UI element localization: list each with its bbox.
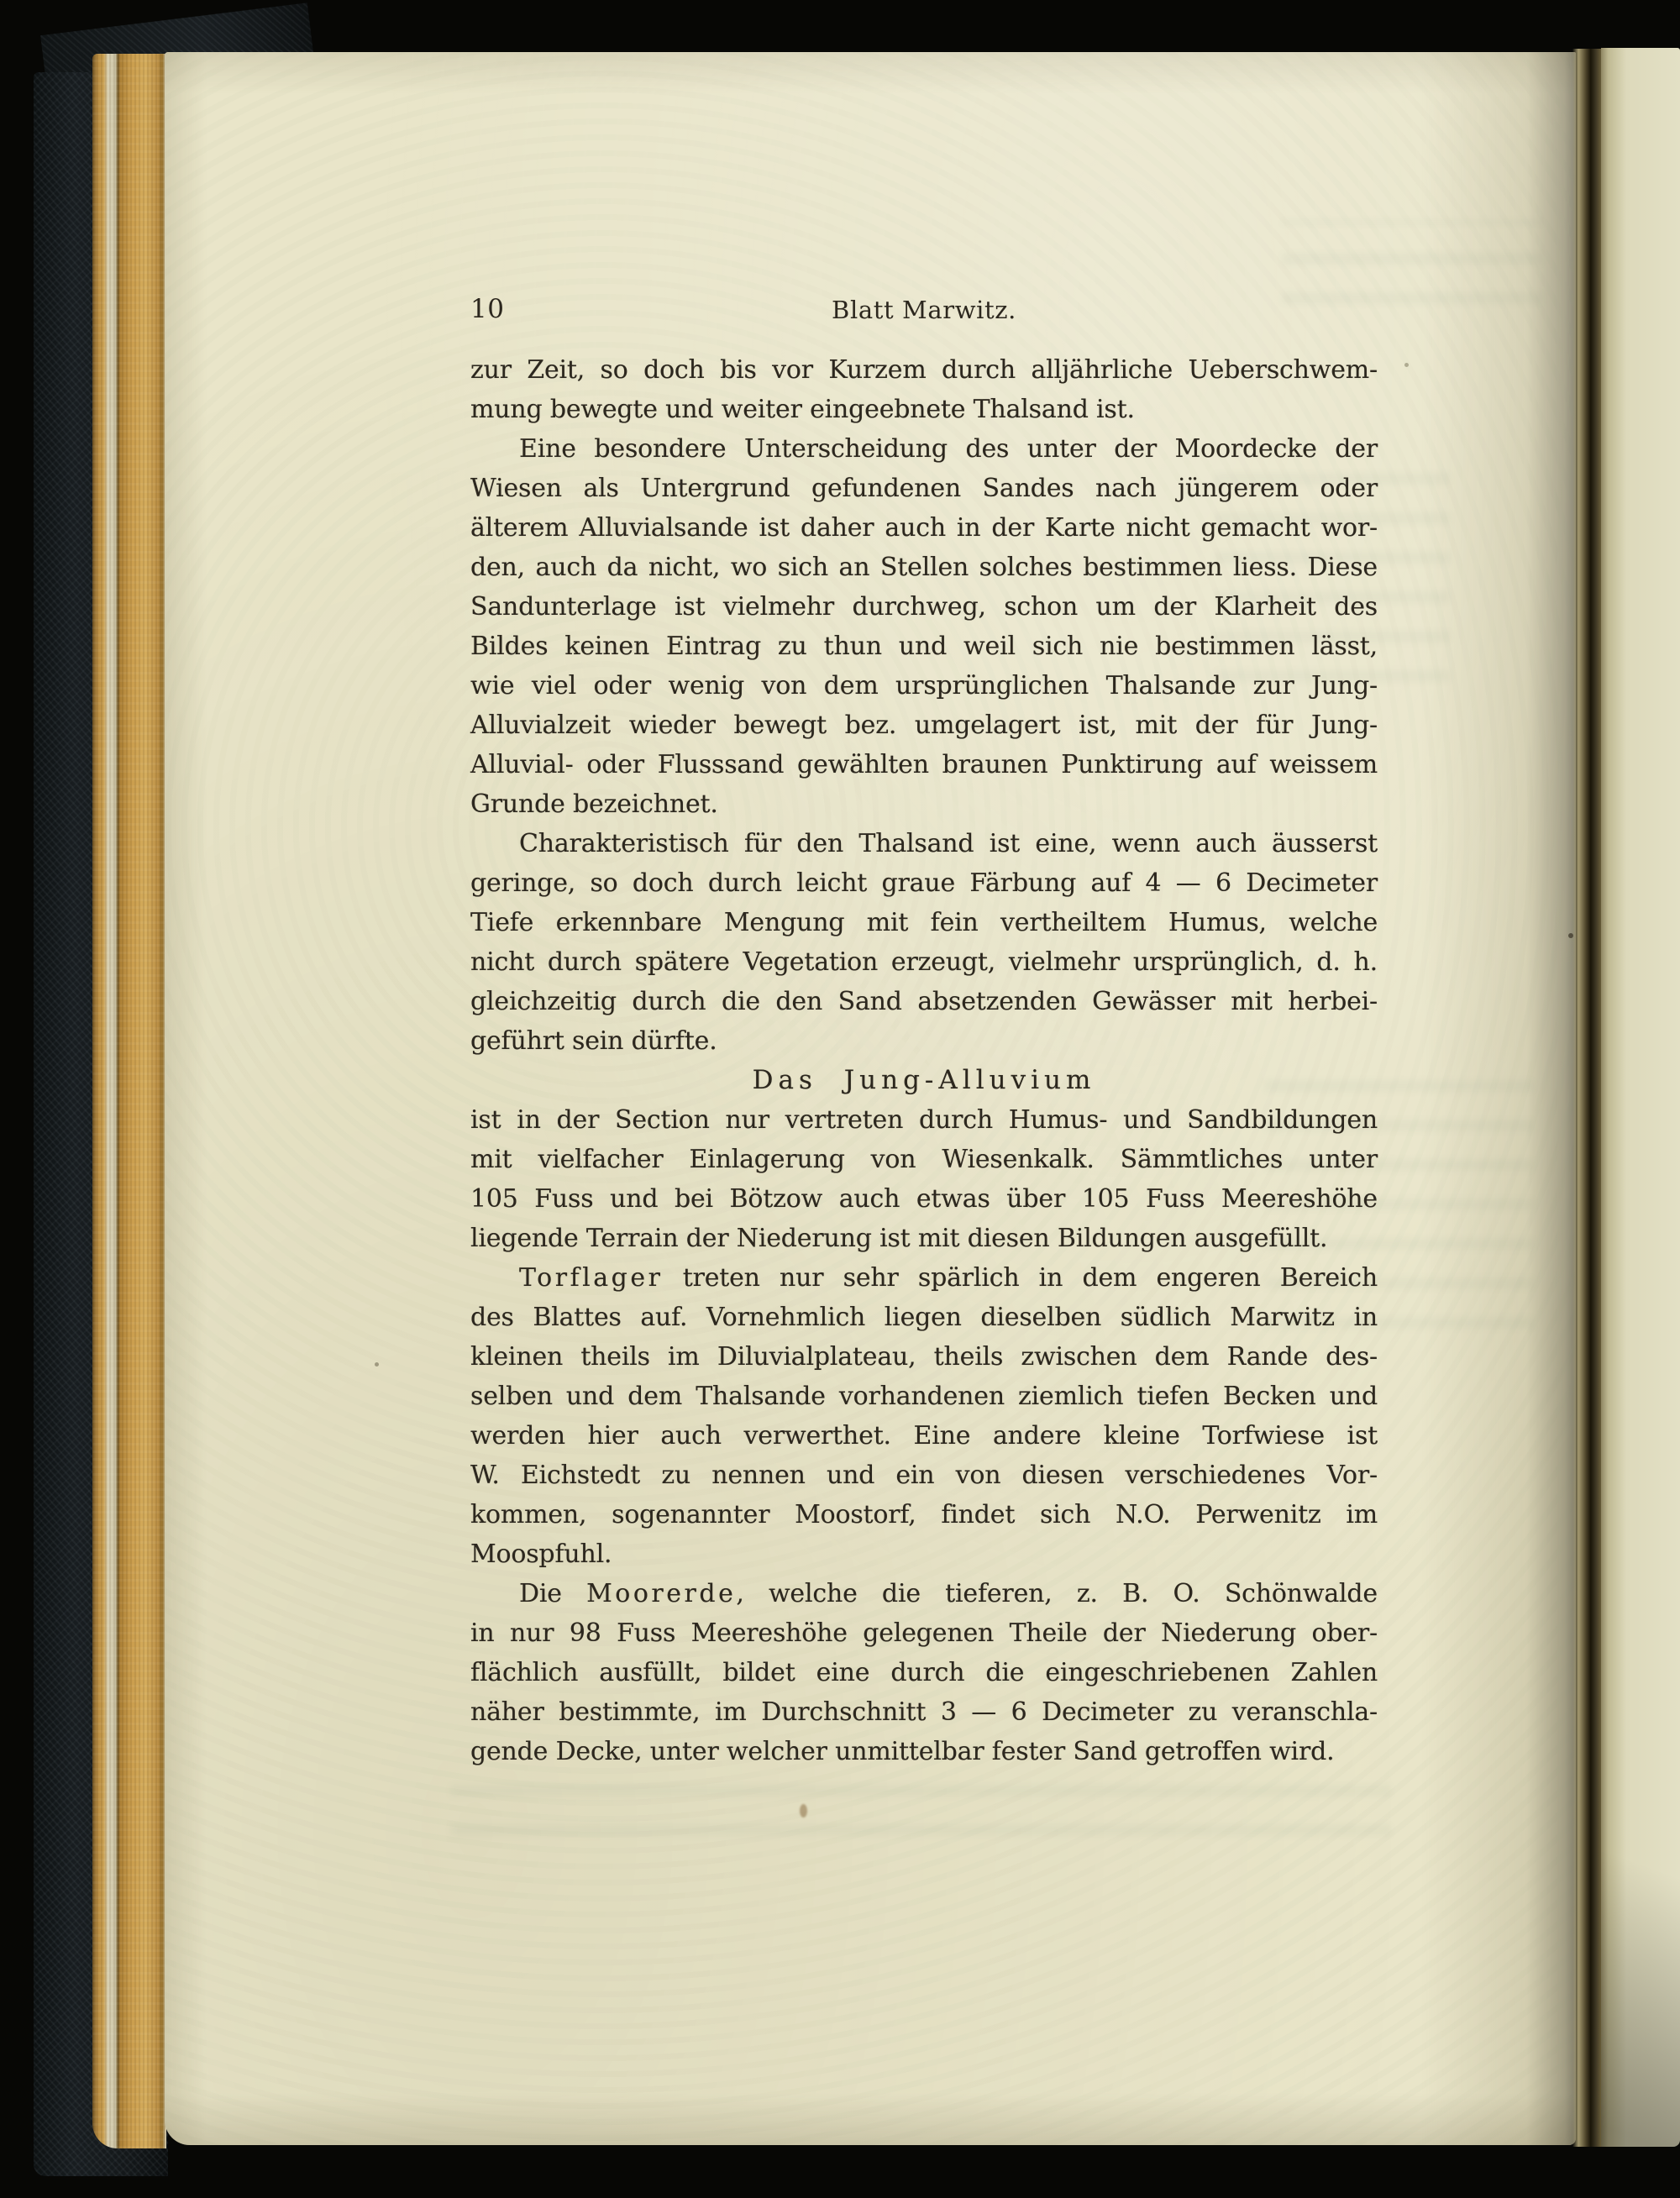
text-segment: liegende Terrain der Niederung ist mit d…	[470, 1224, 1327, 1253]
text-segment: in nur 98 Fuss Meereshöhe gelegenen Thei…	[470, 1618, 1378, 1648]
text-segment: Die	[519, 1579, 586, 1608]
text-segment: kommen, sogenannter Moostorf, findet sic…	[470, 1500, 1378, 1529]
text-segment: wie viel oder wenig von dem ursprünglich…	[470, 671, 1378, 700]
text-line: Alluvialzeit wieder bewegt bez. umgelage…	[470, 706, 1378, 745]
text-segment: geringe, so doch durch leicht graue Färb…	[470, 868, 1378, 898]
emphasized-term: Moorerde	[586, 1579, 736, 1608]
text-line: Torflager treten nur sehr spärlich in de…	[470, 1258, 1378, 1298]
text-segment: W. Eichstedt zu nennen und ein von diese…	[470, 1461, 1378, 1490]
page-text: zur Zeit, so doch bis vor Kurzem durch a…	[470, 350, 1378, 1771]
text-line: Tiefe erkennbare Mengung mit fein verthe…	[470, 903, 1378, 942]
text-segment: , welche die tieferen, z. B. O. Schönwal…	[736, 1579, 1378, 1608]
text-line: Sandunterlage ist vielmehr durchweg, sch…	[470, 587, 1378, 627]
text-segment: Charakteristisch für den Thalsand ist ei…	[519, 829, 1378, 858]
text-line: älterem Alluvialsande ist daher auch in …	[470, 508, 1378, 548]
text-segment: des Blattes auf. Vornehmlich liegen dies…	[470, 1303, 1378, 1332]
text-line: kommen, sogenannter Moostorf, findet sic…	[470, 1495, 1378, 1534]
book-page: 10 Blatt Marwitz. zur Zeit, so doch bis …	[165, 52, 1576, 2145]
text-segment: nicht durch spätere Vegetation erzeugt, …	[470, 947, 1378, 977]
text-line: mung bewegte und weiter eingeebnete Thal…	[470, 390, 1378, 429]
text-line: gleichzeitig durch die den Sand absetzen…	[470, 982, 1378, 1021]
text-segment: Moospfuhl.	[470, 1540, 612, 1569]
text-segment: Grunde bezeichnet.	[470, 789, 718, 819]
text-segment: Tiefe erkennbare Mengung mit fein verthe…	[470, 908, 1378, 937]
text-line: Die Moorerde, welche die tieferen, z. B.…	[470, 1574, 1378, 1613]
book-photo: 10 Blatt Marwitz. zur Zeit, so doch bis …	[0, 0, 1680, 2198]
text-segment: mung bewegte und weiter eingeebnete Thal…	[470, 395, 1135, 424]
text-line: selben und dem Thalsande vorhandenen zie…	[470, 1377, 1378, 1416]
text-line: Bildes keinen Eintrag zu thun und weil s…	[470, 627, 1378, 666]
text-segment: flächlich ausfüllt, bildet eine durch di…	[470, 1658, 1378, 1687]
text-line: werden hier auch verwerthet. Eine andere…	[470, 1416, 1378, 1456]
running-title: Blatt Marwitz.	[470, 296, 1378, 324]
text-line: zur Zeit, so doch bis vor Kurzem durch a…	[470, 350, 1378, 390]
text-line: Wiesen als Untergrund gefundenen Sandes …	[470, 469, 1378, 508]
text-segment: kleinen theils im Diluvialplateau, theil…	[470, 1342, 1378, 1372]
text-line: Grunde bezeichnet.	[470, 784, 1378, 824]
text-line: W. Eichstedt zu nennen und ein von diese…	[470, 1456, 1378, 1495]
next-page-sliver	[1601, 48, 1680, 2147]
paper-speck	[375, 1362, 379, 1367]
text-line: flächlich ausfüllt, bildet eine durch di…	[470, 1653, 1378, 1692]
text-line: wie viel oder wenig von dem ursprünglich…	[470, 666, 1378, 706]
text-segment: Alluvial- oder Flusssand gewählten braun…	[470, 750, 1378, 779]
text-line: Moospfuhl.	[470, 1534, 1378, 1574]
bleed-through	[1282, 220, 1542, 304]
text-segment: den, auch da nicht, wo sich an Stellen s…	[470, 553, 1378, 582]
text-line: ist in der Section nur vertreten durch H…	[470, 1100, 1378, 1140]
text-segment: 105 Fuss und bei Bötzow auch etwas über …	[470, 1184, 1378, 1214]
text-segment: gende Decke, unter welcher unmittelbar f…	[470, 1737, 1334, 1766]
text-segment: Alluvialzeit wieder bewegt bez. umgelage…	[470, 711, 1378, 740]
text-segment: Wiesen als Untergrund gefundenen Sandes …	[470, 474, 1378, 503]
text-line: näher bestimmte, im Durchschnitt 3 — 6 D…	[470, 1692, 1378, 1732]
page-gutter	[1572, 49, 1603, 2147]
text-segment: gleichzeitig durch die den Sand absetzen…	[470, 987, 1378, 1016]
text-line: den, auch da nicht, wo sich an Stellen s…	[470, 548, 1378, 587]
text-line: mit vielfacher Einlagerung von Wiesenkal…	[470, 1140, 1378, 1179]
text-segment: zur Zeit, so doch bis vor Kurzem durch a…	[470, 355, 1378, 385]
section-heading: Das Jung-Alluvium	[470, 1061, 1378, 1100]
emphasized-term: Torflager	[519, 1263, 663, 1293]
text-segment: Sandunterlage ist vielmehr durchweg, sch…	[470, 592, 1378, 622]
text-line: nicht durch spätere Vegetation erzeugt, …	[470, 942, 1378, 982]
text-line: des Blattes auf. Vornehmlich liegen dies…	[470, 1298, 1378, 1337]
text-line: Eine besondere Unterscheidung des unter …	[470, 429, 1378, 469]
text-line: kleinen theils im Diluvialplateau, theil…	[470, 1337, 1378, 1377]
text-segment: selben und dem Thalsande vorhandenen zie…	[470, 1382, 1378, 1411]
paper-speck	[800, 1804, 807, 1818]
text-segment: näher bestimmte, im Durchschnitt 3 — 6 D…	[470, 1697, 1378, 1727]
text-line: geringe, so doch durch leicht graue Färb…	[470, 863, 1378, 903]
text-segment: Bildes keinen Eintrag zu thun und weil s…	[470, 632, 1378, 661]
text-line: geführt sein dürfte.	[470, 1021, 1378, 1061]
emphasized-term: Das Jung-Alluvium	[753, 1065, 1096, 1095]
text-segment: Eine besondere Unterscheidung des unter …	[519, 434, 1378, 464]
text-segment: älterem Alluvialsande ist daher auch in …	[470, 513, 1378, 543]
text-segment: ist in der Section nur vertreten durch H…	[470, 1105, 1378, 1135]
text-segment: mit vielfacher Einlagerung von Wiesenkal…	[470, 1145, 1378, 1174]
text-segment: treten nur sehr spärlich in dem engeren …	[663, 1263, 1378, 1293]
paper-speck	[1404, 363, 1409, 367]
text-line: Charakteristisch für den Thalsand ist ei…	[470, 824, 1378, 863]
text-line: in nur 98 Fuss Meereshöhe gelegenen Thei…	[470, 1613, 1378, 1653]
text-line: Alluvial- oder Flusssand gewählten braun…	[470, 745, 1378, 784]
text-segment: werden hier auch verwerthet. Eine andere…	[470, 1421, 1378, 1450]
page-fore-edges	[92, 54, 166, 2148]
text-segment: geführt sein dürfte.	[470, 1026, 717, 1056]
text-line: gende Decke, unter welcher unmittelbar f…	[470, 1732, 1378, 1771]
text-line: 105 Fuss und bei Bötzow auch etwas über …	[470, 1179, 1378, 1219]
bleed-through	[450, 1782, 1391, 1836]
text-line: liegende Terrain der Niederung ist mit d…	[470, 1219, 1378, 1258]
